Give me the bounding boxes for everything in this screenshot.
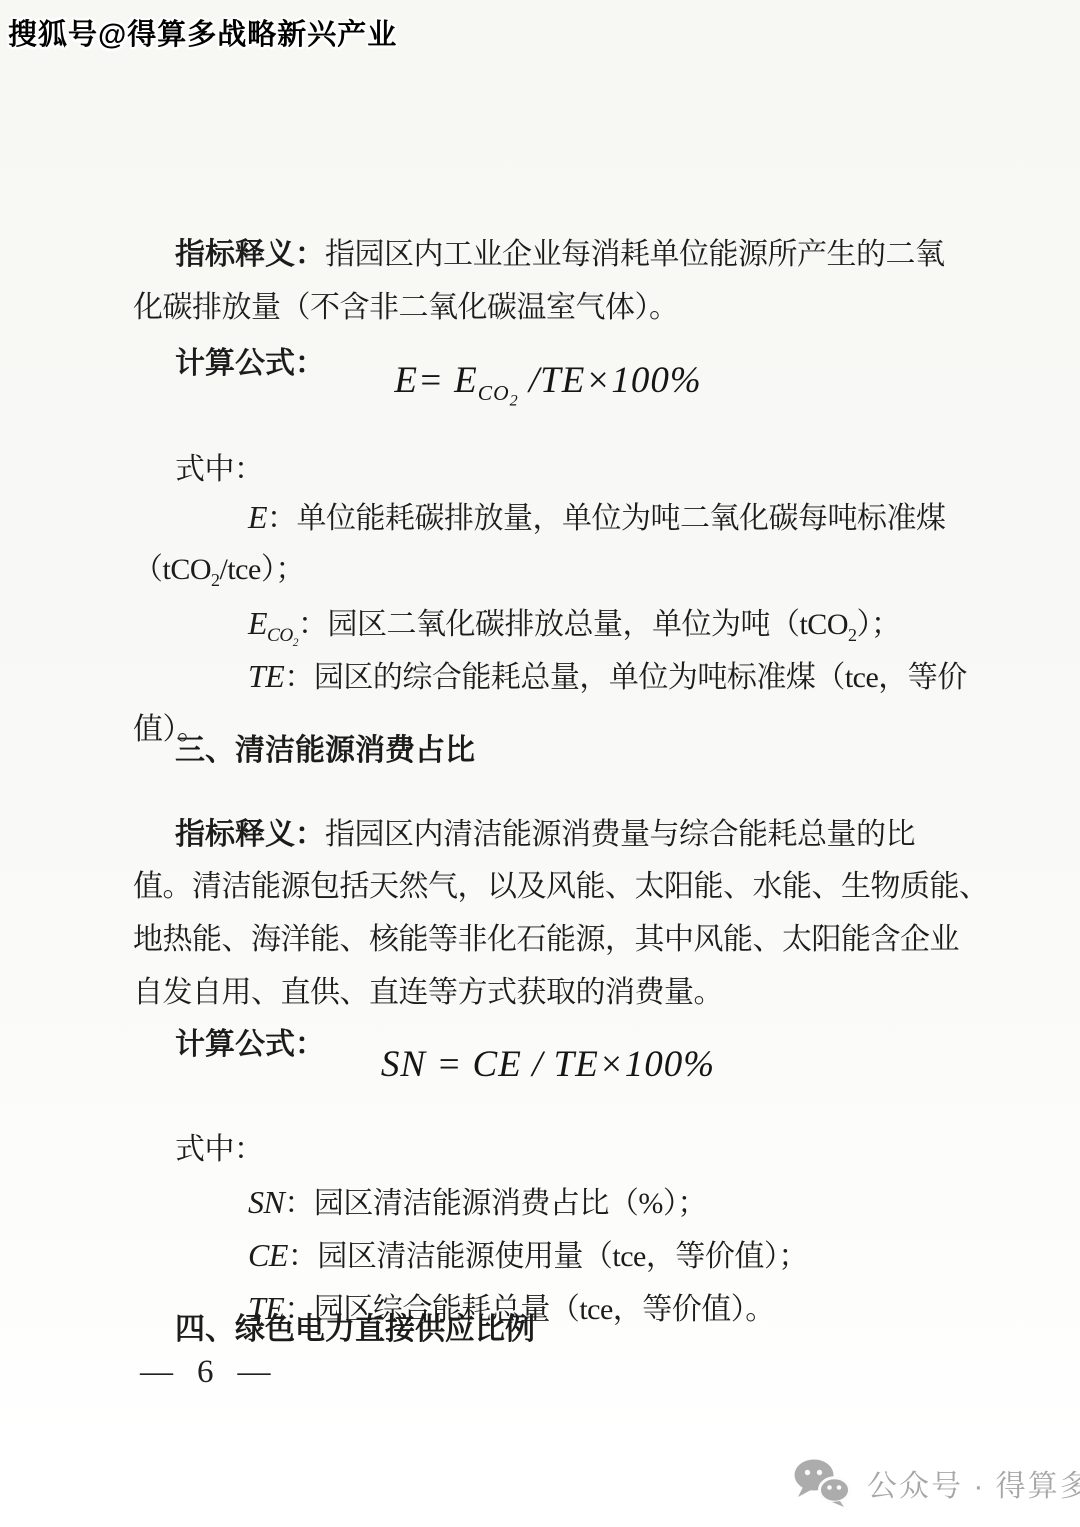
term-text: 指园区内工业企业每消耗单位能源所产生的二氧 bbox=[325, 238, 945, 271]
definition2-paragraph-line2: 值。清洁能源包括天然气，以及风能、太阳能、水能、生物质能、 bbox=[133, 867, 989, 907]
page-number-value: 6 bbox=[197, 1350, 214, 1394]
term-text: 指园区内清洁能源消费量与综合能耗总量的比 bbox=[325, 818, 915, 851]
term-label: 指标释义： bbox=[175, 818, 325, 851]
section-heading-3: 三、清洁能源消费占比 bbox=[175, 731, 475, 771]
variable-def-CE: CE：园区清洁能源使用量（tce，等价值）； bbox=[248, 1235, 808, 1275]
watermark-sohu: 搜狐号@得算多战略新兴产业 bbox=[8, 12, 397, 53]
variable-SN: SN bbox=[248, 1184, 284, 1220]
variable-def-E-line1: E：单位能耗碳排放量，单位为吨二氧化碳每吨标准煤 bbox=[248, 497, 946, 537]
variable-def-ECO2: ECO2：园区二氧化碳排放总量，单位为吨（tCO2）； bbox=[248, 603, 900, 643]
document-page: 搜狐号@得算多战略新兴产业 指标释义：指园区内工业企业每消耗单位能源所产生的二氧… bbox=[0, 0, 1080, 1527]
definition-paragraph-line2: 化碳排放量（不含非二氧化碳温室气体）。 bbox=[133, 288, 679, 328]
page-number-dash-left: — bbox=[140, 1350, 173, 1394]
section-heading-4: 四、绿色电力直接供应比例 bbox=[175, 1310, 535, 1350]
definition2-paragraph-line1: 指标释义：指园区内清洁能源消费量与综合能耗总量的比 bbox=[175, 815, 915, 855]
variable-E: E bbox=[248, 499, 267, 535]
variable-CE: CE bbox=[248, 1237, 288, 1273]
definition2-paragraph-line4: 自发自用、直供、直连等方式获取的消费量。 bbox=[133, 973, 723, 1013]
variable-def-SN: SN：园区清洁能源消费占比（%）； bbox=[248, 1182, 707, 1222]
formula-clean-energy-share: SN = CE / TE×100% bbox=[133, 1042, 963, 1088]
variable-def-E-line2: （tCO2/tce）； bbox=[133, 550, 305, 590]
variable-ECO2: ECO2 bbox=[248, 605, 298, 641]
definition2-paragraph-line3: 地热能、海洋能、核能等非化石能源，其中风能、太阳能含企业 bbox=[133, 920, 959, 960]
footer-label: 公众号 · 得算多 bbox=[867, 1461, 1080, 1505]
term-label: 指标释义： bbox=[175, 238, 325, 271]
definition-paragraph-line1: 指标释义：指园区内工业企业每消耗单位能源所产生的二氧 bbox=[175, 235, 945, 275]
where-label: 式中： bbox=[175, 1130, 264, 1170]
formula-carbon-intensity: E= ECO2 /TE×100% bbox=[133, 358, 963, 404]
variable-TE: TE bbox=[248, 658, 284, 694]
page-number: — 6 — bbox=[140, 1350, 271, 1394]
variable-def-TE-line1: TE：园区的综合能耗总量，单位为吨标准煤（tce，等价 bbox=[248, 656, 967, 696]
footer-brand: 公众号 · 得算多 bbox=[793, 1458, 1080, 1508]
wechat-icon bbox=[793, 1458, 851, 1508]
where-label: 式中： bbox=[175, 450, 264, 490]
page-number-dash-right: — bbox=[238, 1350, 271, 1394]
